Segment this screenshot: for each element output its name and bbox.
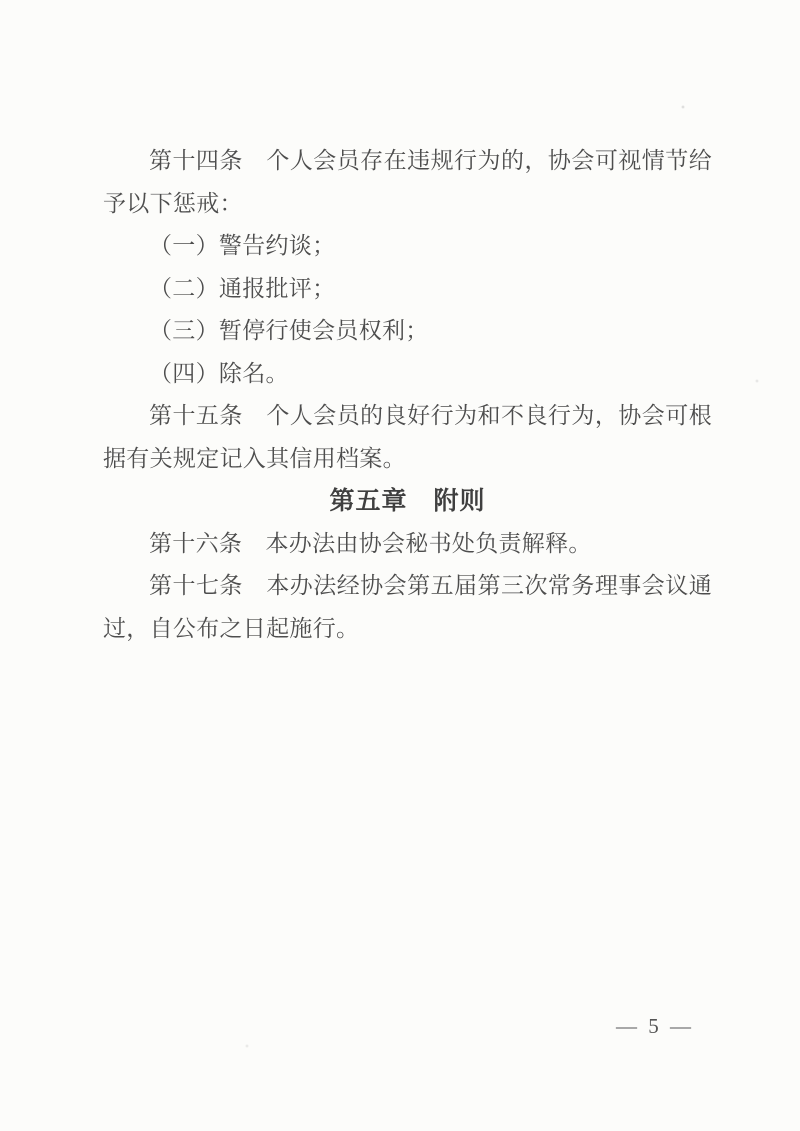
penalty-item-3: （三）暂停行使会员权利； — [103, 310, 712, 353]
clause-16: 第十六条 本办法由协会秘书处负责解释。 — [103, 523, 712, 566]
document-page: 第十四条 个人会员存在违规行为的，协会可视情节给予以下惩戒： （一）警告约谈； … — [0, 0, 800, 1131]
penalty-item-2: （二）通报批评； — [103, 268, 712, 311]
penalty-item-1: （一）警告约谈； — [103, 225, 712, 268]
document-body: 第十四条 个人会员存在违规行为的，协会可视情节给予以下惩戒： （一）警告约谈； … — [103, 140, 712, 650]
chapter-5-heading: 第五章 附则 — [103, 480, 712, 523]
clause-14: 第十四条 个人会员存在违规行为的，协会可视情节给予以下惩戒： — [103, 140, 712, 225]
clause-15: 第十五条 个人会员的良好行为和不良行为，协会可根据有关规定记入其信用档案。 — [103, 395, 712, 480]
penalty-item-4: （四）除名。 — [103, 353, 712, 396]
page-number: — 5 — — [616, 1014, 694, 1039]
clause-17: 第十七条 本办法经协会第五届第三次常务理事会议通过，自公布之日起施行。 — [103, 565, 712, 650]
